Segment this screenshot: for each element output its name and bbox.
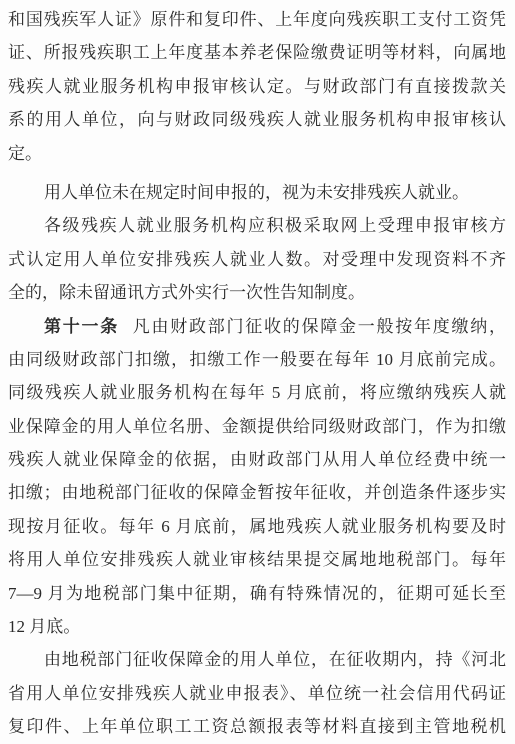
text-line: 同级残疾人就业服务机构在每年 5 月底前，将应缴纳残疾人就 bbox=[8, 376, 506, 409]
article-number: 第十一条 bbox=[44, 317, 119, 336]
text-line: 业保障金的用人单位名册、金额提供给同级财政部门，作为扣缴 bbox=[8, 410, 506, 443]
document-page: 和国残疾军人证》原件和复印件、上年度向残疾职工支付工资凭 证、所报残疾职工上年度… bbox=[0, 0, 515, 744]
text-line: 由地税部门征收保障金的用人单位，在征收期内，持《河北 bbox=[8, 643, 506, 676]
text-line-article-heading: 第十一条凡由财政部门征收的保障金一般按年度缴纳， bbox=[8, 310, 506, 343]
text-line: 扣缴；由地税部门征收的保障金暂按年征收，并创造条件逐步实 bbox=[8, 476, 506, 509]
text-line: 12 月底。 bbox=[8, 610, 506, 643]
text-line: 复印件、上年单位职工工资总额报表等材料直接到主管地税机 bbox=[8, 710, 506, 743]
text-line: 7—9 月为地税部门集中征期，确有特殊情况的，征期可延长至 bbox=[8, 577, 506, 610]
article-text: 凡由财政部门征收的保障金一般按年度缴纳， bbox=[131, 317, 506, 336]
text-line: 全的，除未留通讯方式外实行一次性告知制度。 bbox=[8, 276, 506, 309]
text-line: 证、所报残疾职工上年度基本养老保险缴费证明等材料，向属地 bbox=[8, 36, 506, 69]
text-line: 各级残疾人就业服务机构应积极采取网上受理申报审核方 bbox=[8, 209, 506, 242]
text-line: 系的用人单位，向与财政同级残疾人就业服务机构申报审核认 bbox=[8, 103, 506, 136]
text-line: 式认定用人单位安排残疾人就业人数。对受理中发现资料不齐 bbox=[8, 243, 506, 276]
text-line: 残疾人就业服务机构申报审核认定。与财政部门有直接拨款关 bbox=[8, 70, 506, 103]
text-line: 现按月征收。每年 6 月底前，属地残疾人就业服务机构要及时 bbox=[8, 510, 506, 543]
text-line: 定。 bbox=[8, 137, 506, 170]
text-line: 残疾人就业保障金的依据，由财政部门从用人单位经费中统一 bbox=[8, 443, 506, 476]
text-line: 省用人单位安排残疾人就业申报表》、单位统一社会信用代码证 bbox=[8, 677, 506, 710]
text-line: 由同级财政部门扣缴，扣缴工作一般要在每年 10 月底前完成。 bbox=[8, 343, 506, 376]
text-line: 和国残疾军人证》原件和复印件、上年度向残疾职工支付工资凭 bbox=[8, 3, 506, 36]
text-line: 用人单位未在规定时间申报的，视为未安排残疾人就业。 bbox=[8, 176, 506, 209]
text-line: 将用人单位安排残疾人就业审核结果提交属地地税部门。每年 bbox=[8, 543, 506, 576]
